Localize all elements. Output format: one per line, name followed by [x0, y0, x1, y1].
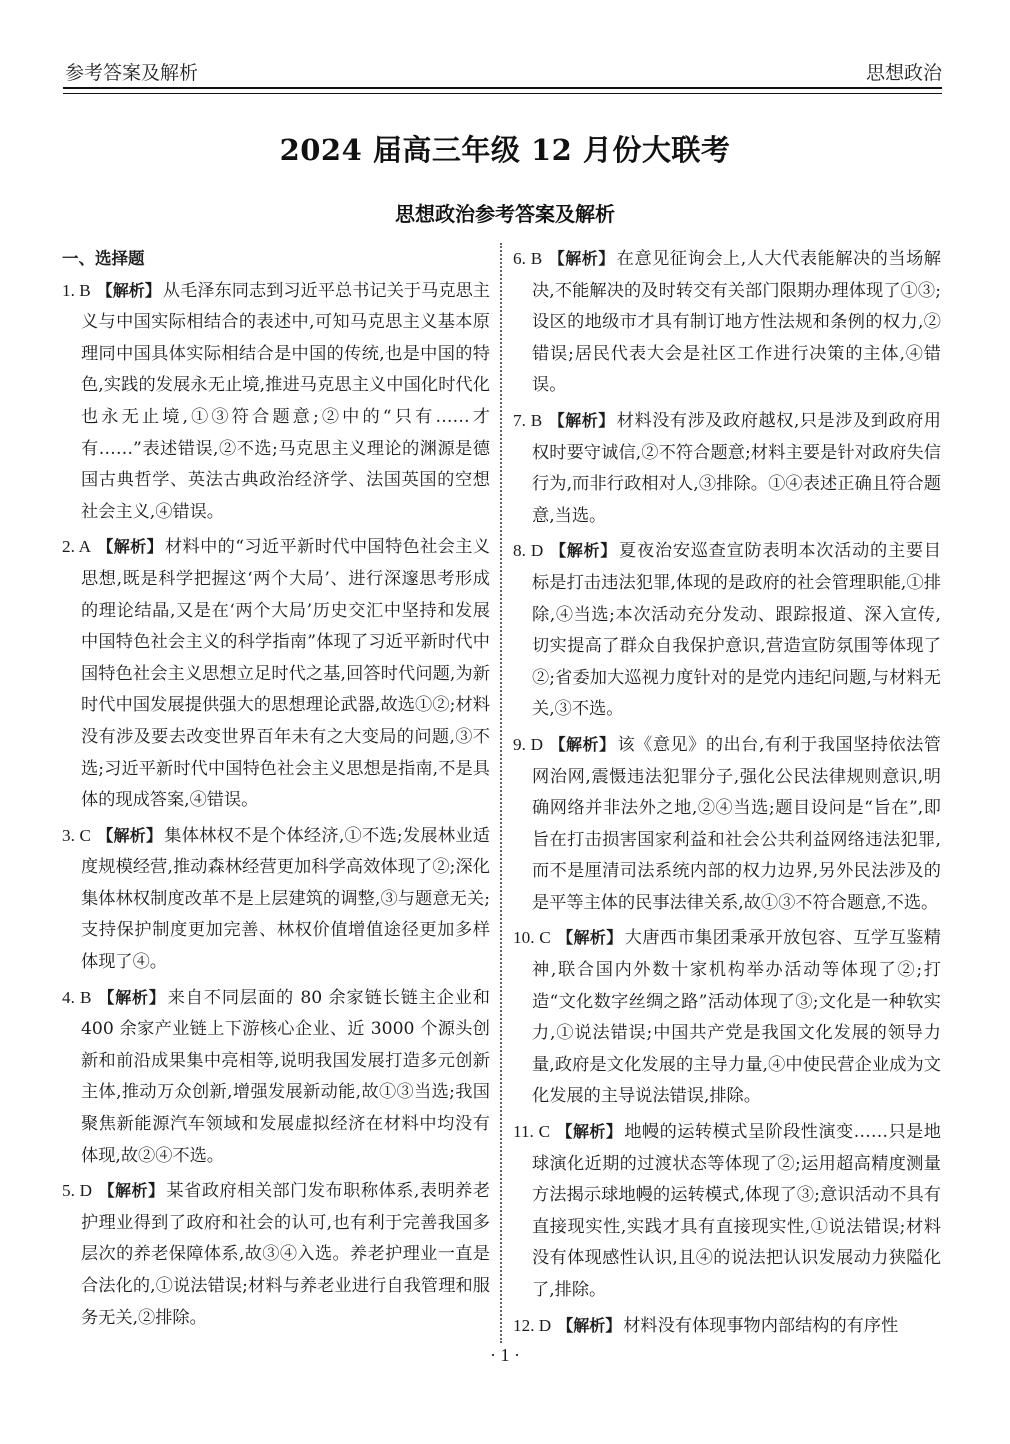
analysis-tag: 【解析】	[548, 249, 615, 268]
item-text: 集体林权不是个体经济,①不选;发展林业适度规模经营,推动森林经营更加科学高效体现…	[81, 826, 490, 972]
item-text: 夏夜治安巡查宣防表明本次活动的主要目标是打击违法犯罪,体现的是政府的社会管理职能…	[532, 541, 941, 719]
answer-item-1: 1. B【解析】从毛泽东同志到习近平总书记关于马克思主义与中国实际相结合的表述中…	[62, 275, 490, 529]
running-header: 参考答案及解析 思想政治	[65, 55, 942, 85]
analysis-tag: 【解析】	[97, 826, 162, 845]
answer-item-7: 7. B【解析】材料没有涉及政府越权,只是涉及到政府用权时要守诚信,②不符合题意…	[513, 405, 941, 532]
item-text: 在意见征询会上,人大代表能解决的当场解决,不能解决的及时转交有关部门限期办理体现…	[532, 249, 941, 395]
column-divider	[500, 243, 502, 1343]
item-number: 6. B	[513, 249, 542, 268]
answer-item-10: 10. C【解析】大唐西市集团秉承开放包容、互学互鉴精神,联合国内外数十家机构举…	[513, 922, 941, 1113]
analysis-tag: 【解析】	[557, 928, 623, 947]
header-subject-label: 思想政治	[866, 58, 942, 85]
header-rule-thin	[63, 93, 942, 94]
analysis-tag: 【解析】	[549, 541, 617, 560]
item-number: 1. B	[62, 281, 91, 300]
item-number: 3. C	[62, 826, 91, 845]
analysis-tag: 【解析】	[557, 1316, 621, 1335]
item-text: 来自不同层面的 80 余家链长链主企业和 400 余家产业链上下游核心企业、近 …	[81, 988, 490, 1166]
item-number: 4. B	[62, 988, 92, 1007]
analysis-tag: 【解析】	[98, 1181, 164, 1200]
item-text: 地幔的运转模式呈阶段性演变……只是地球演化近期的过渡状态等体现了②;运用超高精度…	[532, 1122, 941, 1300]
page-number: · 1 ·	[0, 1345, 1010, 1366]
analysis-tag: 【解析】	[97, 537, 163, 556]
item-number: 10. C	[513, 928, 551, 947]
analysis-tag: 【解析】	[97, 281, 161, 300]
answer-item-8: 8. D【解析】夏夜治安巡查宣防表明本次活动的主要目标是打击违法犯罪,体现的是政…	[513, 535, 941, 726]
left-column: 一、选择题 1. B【解析】从毛泽东同志到习近平总书记关于马克思主义与中国实际相…	[62, 243, 490, 1337]
answer-item-2: 2. A【解析】材料中的“习近平新时代中国特色社会主义思想,既是科学把握这‘两个…	[62, 531, 490, 816]
answer-item-3: 3. C【解析】集体林权不是个体经济,①不选;发展林业适度规模经营,推动森林经营…	[62, 820, 490, 979]
item-number: 12. D	[513, 1316, 551, 1335]
page-title: 2024 届高三年级 12 月份大联考	[0, 128, 1010, 169]
header-rule-thick	[63, 87, 942, 89]
analysis-tag: 【解析】	[548, 411, 615, 430]
page-subtitle: 思想政治参考答案及解析	[0, 198, 1010, 227]
analysis-tag: 【解析】	[549, 735, 615, 754]
item-text: 材料中的“习近平新时代中国特色社会主义思想,既是科学把握这‘两个大局’、进行深邃…	[81, 537, 490, 810]
answer-item-4: 4. B【解析】来自不同层面的 80 余家链长链主企业和 400 余家产业链上下…	[62, 982, 490, 1173]
item-number: 5. D	[62, 1181, 92, 1200]
item-number: 11. C	[513, 1122, 550, 1141]
item-number: 9. D	[513, 735, 543, 754]
answer-item-12: 12. D【解析】材料没有体现事物内部结构的有序性	[513, 1310, 941, 1343]
item-text: 从毛泽东同志到习近平总书记关于马克思主义与中国实际相结合的表述中,可知马克思主义…	[81, 281, 490, 522]
item-number: 7. B	[513, 411, 542, 430]
analysis-tag: 【解析】	[98, 988, 166, 1007]
header-left-label: 参考答案及解析	[65, 58, 198, 85]
answer-item-6: 6. B【解析】在意见征询会上,人大代表能解决的当场解决,不能解决的及时转交有关…	[513, 243, 941, 402]
analysis-tag: 【解析】	[556, 1122, 622, 1141]
item-text: 某省政府相关部门发布职称体系,表明养老护理业得到了政府和社会的认可,也有利于完善…	[81, 1181, 490, 1327]
item-text: 大唐西市集团秉承开放包容、互学互鉴精神,联合国内外数十家机构举办活动等体现了②;…	[532, 928, 941, 1106]
answer-item-9: 9. D【解析】该《意见》的出台,有利于我国坚持依法管网治网,震慑违法犯罪分子,…	[513, 729, 941, 920]
right-column: 6. B【解析】在意见征询会上,人大代表能解决的当场解决,不能解决的及时转交有关…	[513, 243, 941, 1345]
section-heading: 一、选择题	[62, 243, 490, 275]
answer-item-5: 5. D【解析】某省政府相关部门发布职称体系,表明养老护理业得到了政府和社会的认…	[62, 1175, 490, 1334]
answer-item-11: 11. C【解析】地幔的运转模式呈阶段性演变……只是地球演化近期的过渡状态等体现…	[513, 1116, 941, 1307]
item-number: 2. A	[62, 537, 91, 556]
item-text: 该《意见》的出台,有利于我国坚持依法管网治网,震慑违法犯罪分子,强化公民法律规则…	[532, 735, 941, 913]
item-text: 材料没有体现事物内部结构的有序性	[623, 1316, 898, 1336]
item-number: 8. D	[513, 541, 543, 560]
